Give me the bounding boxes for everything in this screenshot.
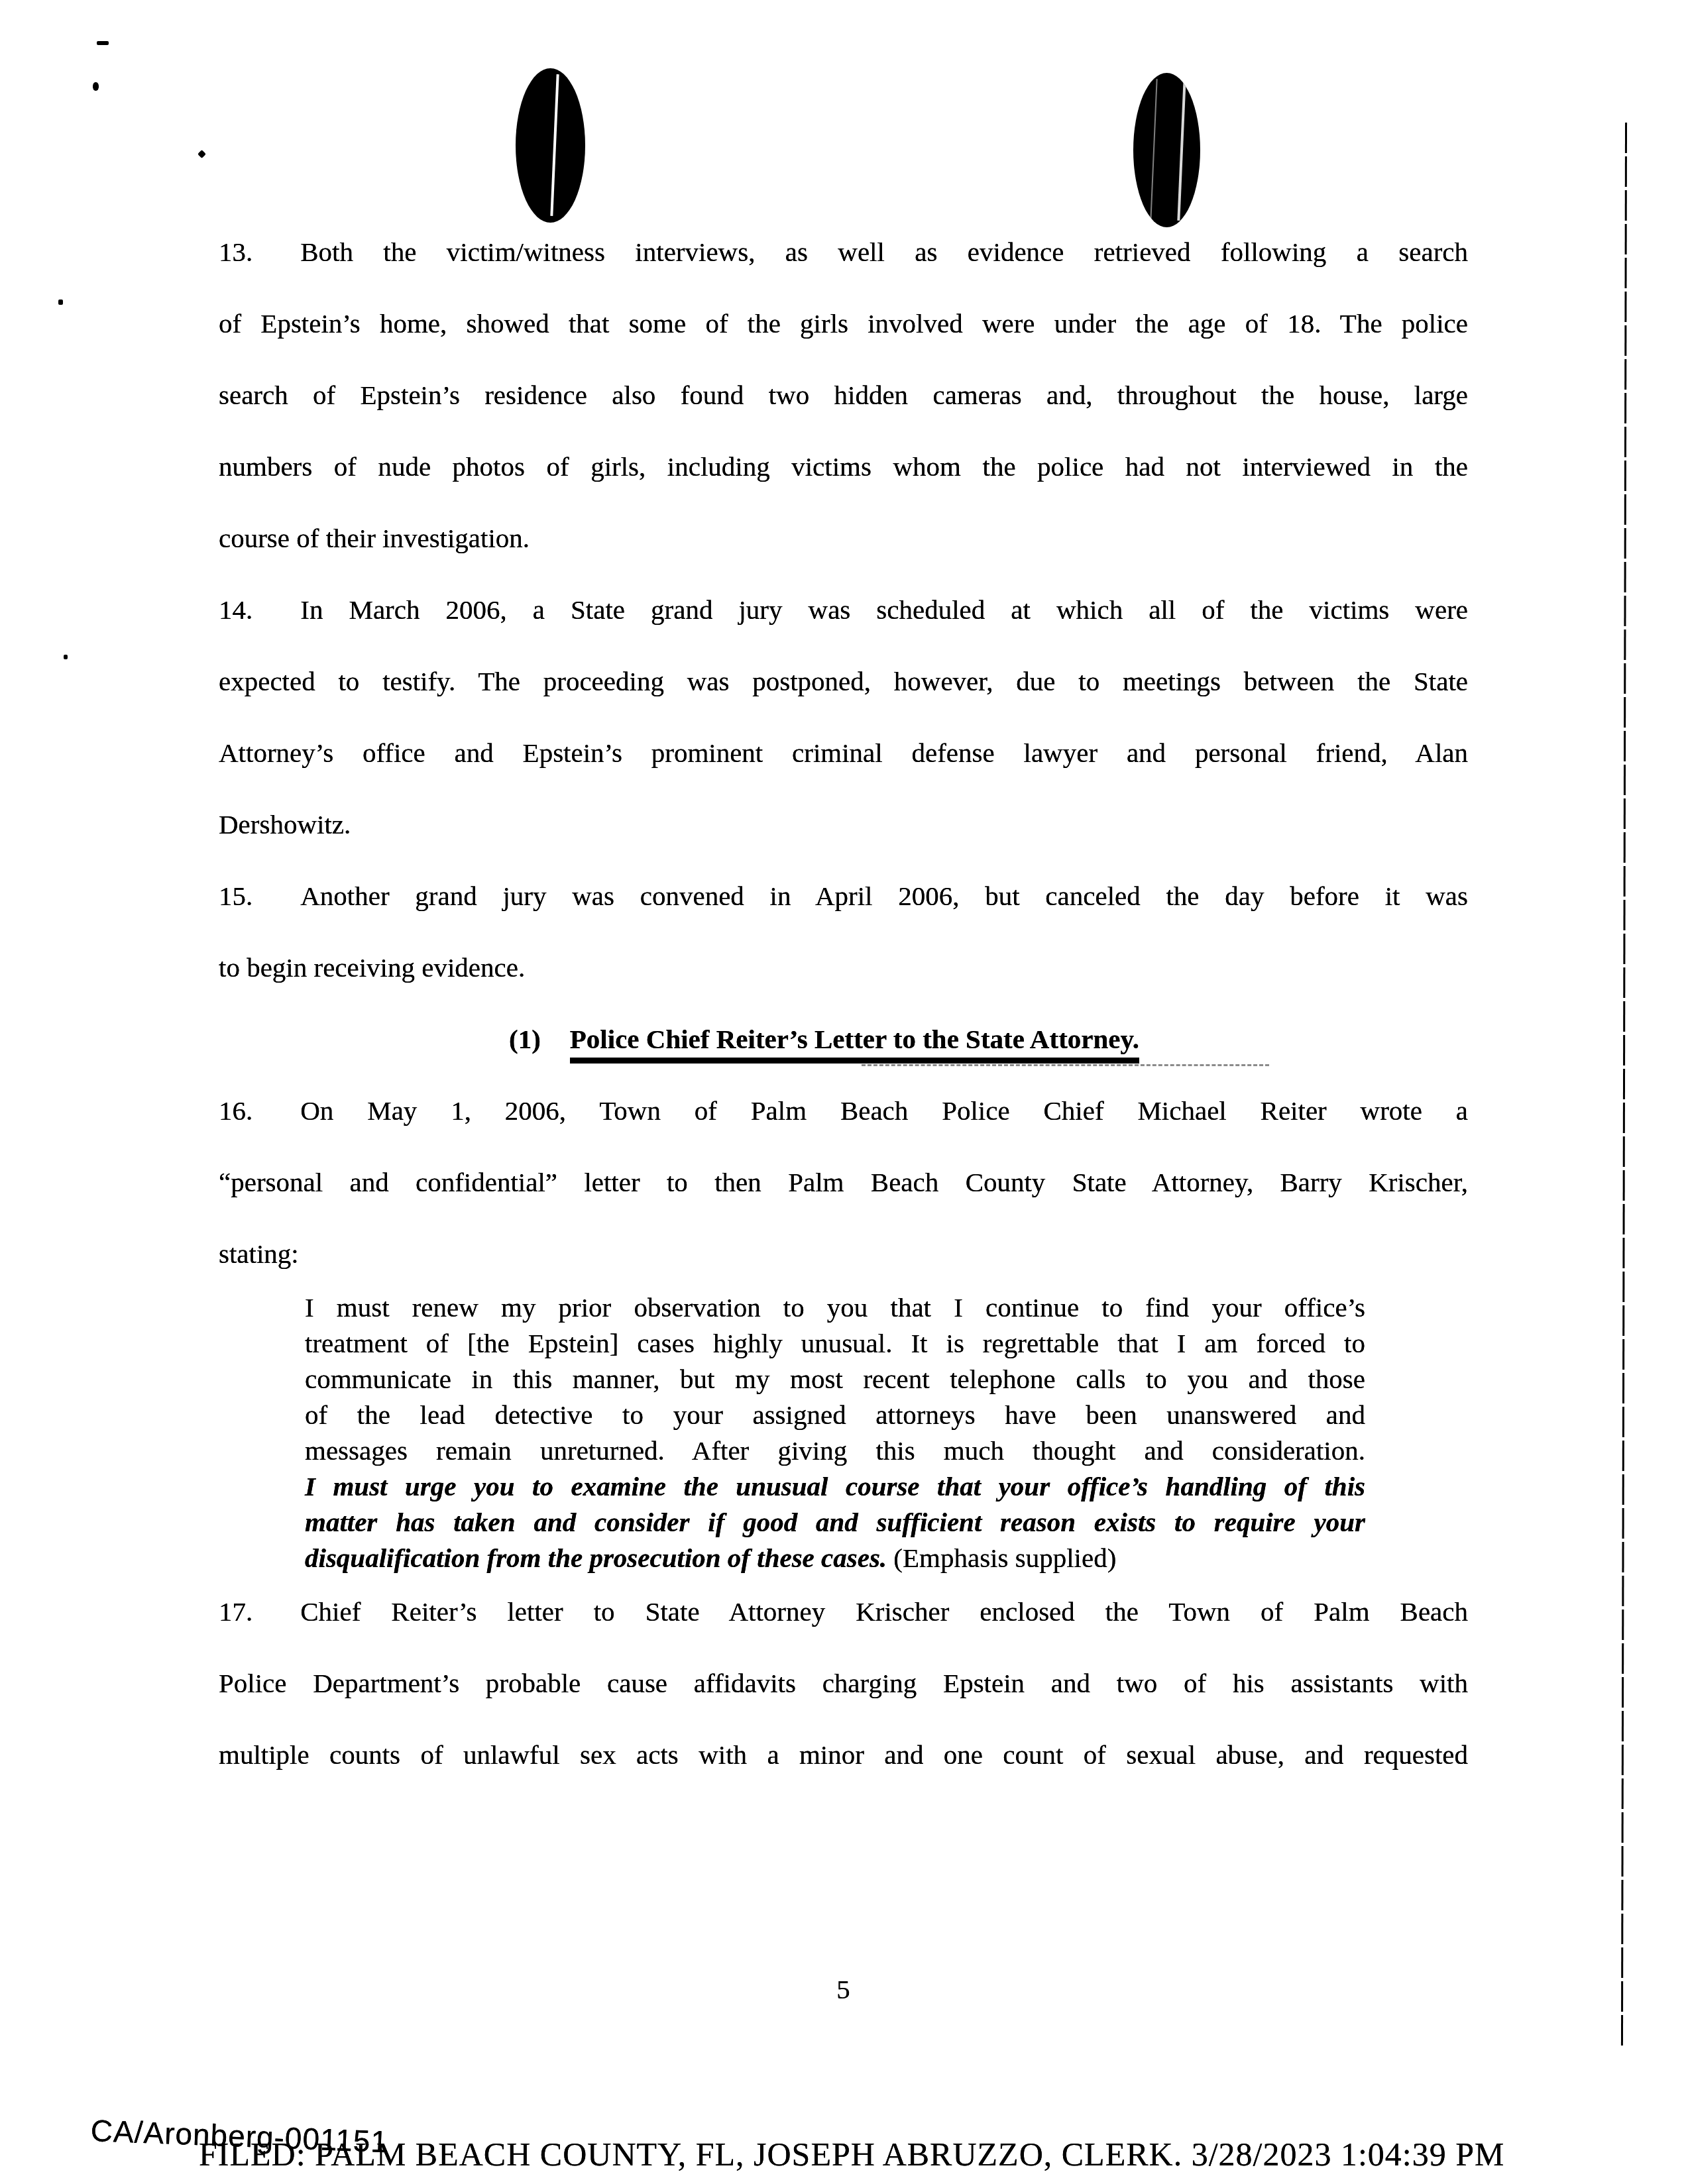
para-14-line-1-text: In March 2006, a State grand jury was sc… — [300, 594, 1468, 625]
scanned-court-document-page: 13.Both the victim/witness interviews, a… — [0, 0, 1686, 2184]
toner-speck — [97, 41, 109, 45]
toner-speck — [197, 150, 206, 158]
para-13-line-4: numbers of nude photos of girls, includi… — [219, 431, 1468, 502]
quote-line-5: messages remain unreturned. After giving… — [305, 1433, 1365, 1468]
quote-line-1: I must renew my prior observation to you… — [305, 1289, 1365, 1325]
subsection-heading-title: Police Chief Reiter’s Letter to the Stat… — [570, 1024, 1139, 1064]
filing-stamp: FILED: PALM BEACH COUNTY, FL, JOSEPH ABR… — [199, 2135, 1504, 2173]
page-number: 5 — [219, 1953, 1468, 2025]
subsection-heading-number: (1) — [509, 1024, 541, 1054]
quote-line-4: of the lead detective to your assigned a… — [305, 1397, 1365, 1433]
block-quote: I must renew my prior observation to you… — [305, 1289, 1365, 1576]
para-15-line-1: 15.Another grand jury was convened in Ap… — [219, 860, 1468, 932]
para-17-number: 17. — [219, 1596, 253, 1627]
para-14-line-1: 14.In March 2006, a State grand jury was… — [219, 574, 1468, 645]
para-16-line-3: stating: — [219, 1218, 1468, 1289]
toner-speck — [64, 655, 68, 659]
para-13-line-5: course of their investigation. — [219, 502, 1468, 574]
para-13-line-3: search of Epstein’s residence also found… — [219, 359, 1468, 431]
quote-line-2: treatment of [the Epstein] cases highly … — [305, 1325, 1365, 1361]
para-13-number: 13. — [219, 237, 253, 267]
para-13-line-1-text: Both the victim/witness interviews, as w… — [300, 237, 1468, 267]
quote-line-8-emphasis: disqualification from the prosecution of… — [305, 1543, 887, 1573]
para-13-line-2: of Epstein’s home, showed that some of t… — [219, 288, 1468, 359]
para-17-line-1: 17.Chief Reiter’s letter to State Attorn… — [219, 1576, 1468, 1647]
quote-line-7-emphasis: matter has taken and consider if good an… — [305, 1504, 1365, 1540]
para-17-line-3: multiple counts of unlawful sex acts wit… — [219, 1719, 1468, 1790]
scan-scratch-line — [1621, 123, 1627, 2048]
toner-speck — [93, 82, 99, 91]
para-16-line-1-text: On May 1, 2006, Town of Palm Beach Polic… — [300, 1095, 1468, 1126]
para-17-line-2: Police Department’s probable cause affid… — [219, 1647, 1468, 1719]
quote-line-3: communicate in this manner, but my most … — [305, 1361, 1365, 1397]
para-16-line-1: 16.On May 1, 2006, Town of Palm Beach Po… — [219, 1075, 1468, 1146]
para-17-line-1-text: Chief Reiter’s letter to State Attorney … — [300, 1596, 1468, 1627]
para-16-line-2: “personal and confidential” letter to th… — [219, 1146, 1468, 1218]
hole-slit-highlight — [1151, 79, 1158, 221]
binder-hole-left-icon — [516, 68, 585, 223]
subsection-heading: (1)Police Chief Reiter’s Letter to the S… — [219, 1003, 1468, 1075]
quote-line-8-note: (Emphasis supplied) — [887, 1543, 1116, 1573]
hole-slit-highlight — [550, 74, 559, 216]
para-14-line-4: Dershowitz. — [219, 789, 1468, 860]
quote-line-8: disqualification from the prosecution of… — [305, 1540, 1365, 1576]
binder-hole-right-icon — [1133, 73, 1200, 227]
para-15-number: 15. — [219, 881, 253, 911]
hole-slit-highlight — [1177, 79, 1186, 221]
para-15-line-2: to begin receiving evidence. — [219, 932, 1468, 1003]
para-14-number: 14. — [219, 594, 253, 625]
quote-line-6-emphasis: I must urge you to examine the unusual c… — [305, 1468, 1365, 1504]
para-15-line-1-text: Another grand jury was convened in April… — [300, 881, 1468, 911]
toner-speck — [58, 300, 63, 305]
para-16-number: 16. — [219, 1095, 253, 1126]
para-14-line-3: Attorney’s office and Epstein’s prominen… — [219, 717, 1468, 789]
para-13-line-1: 13.Both the victim/witness interviews, a… — [219, 216, 1468, 288]
para-14-line-2: expected to testify. The proceeding was … — [219, 645, 1468, 717]
document-body: 13.Both the victim/witness interviews, a… — [219, 216, 1468, 1790]
